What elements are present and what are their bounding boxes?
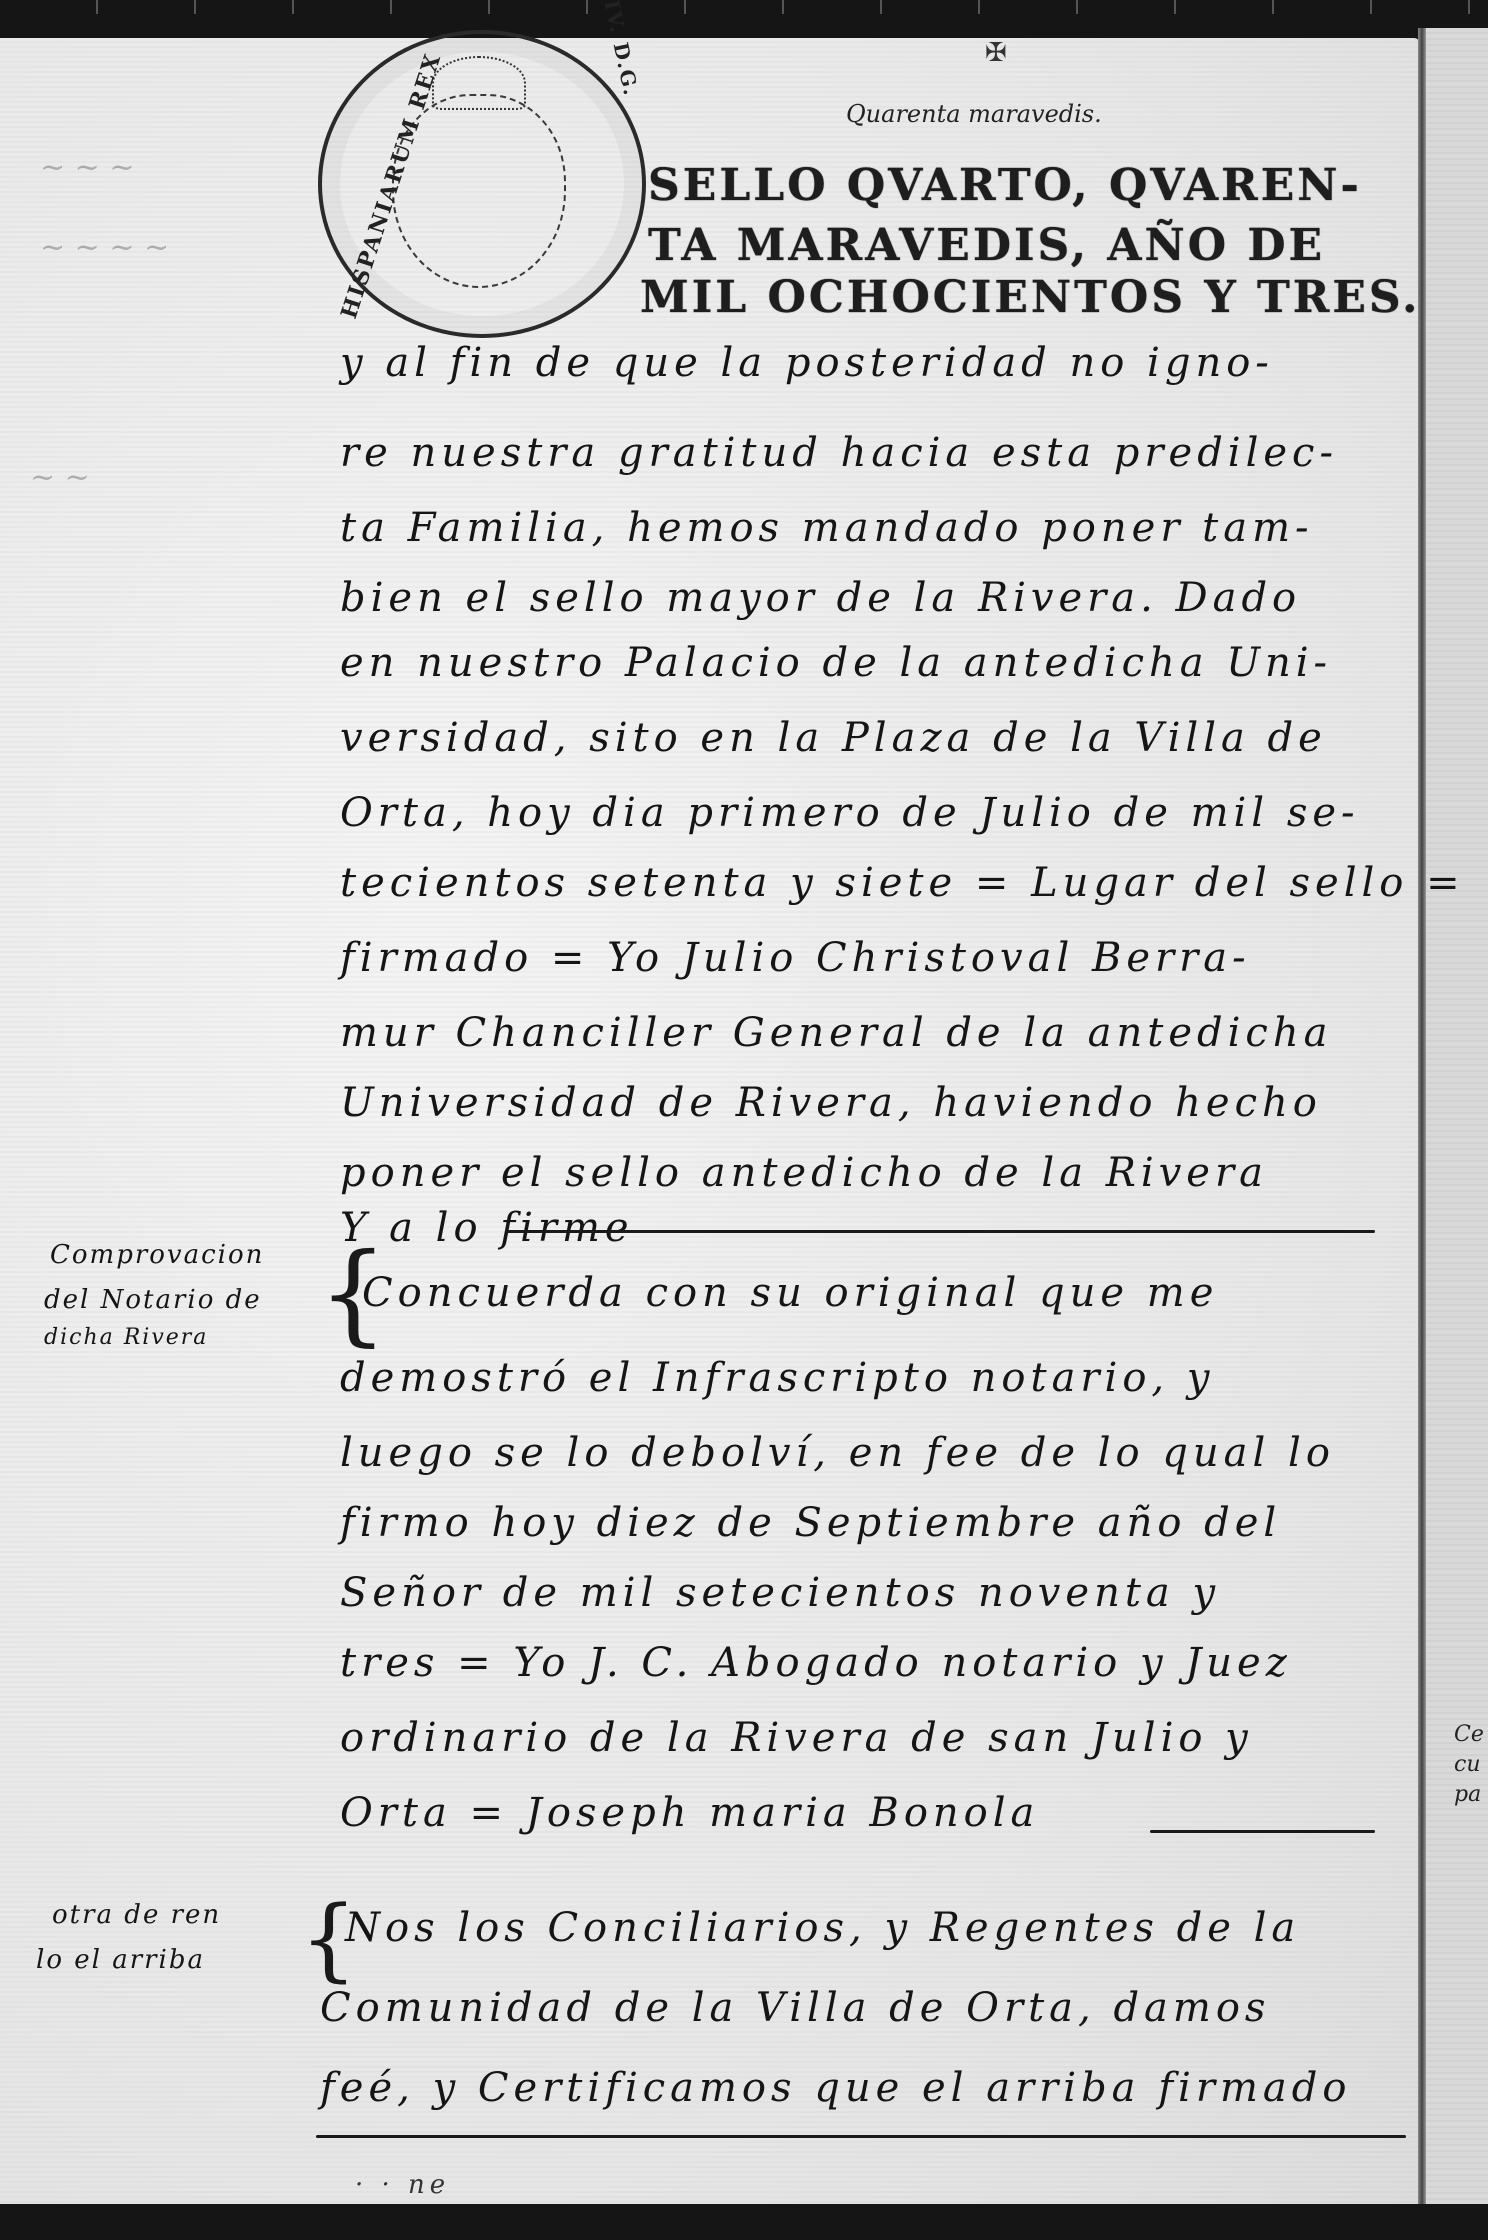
body-line: versidad, sito en la Plaza de la Villa d… (340, 715, 1327, 761)
stamp-line-3: MIL OCHOCIENTOS Y TRES. (640, 272, 1420, 323)
body-line: re nuestra gratitud hacia esta predilec- (340, 430, 1338, 476)
margin-note-line: dicha Rivera (44, 1325, 208, 1350)
stamp-line-1: SELLO QVARTO, QVAREN- (648, 160, 1362, 211)
bleed-through-text: ~ ~ ~ ~ (40, 230, 169, 265)
body-line: ta Familia, hemos mandado poner tam- (340, 505, 1314, 551)
body-line: Señor de mil setecientos noventa y (340, 1570, 1220, 1616)
body-line: Universidad de Rivera, haviendo hecho (340, 1080, 1322, 1126)
adjacent-page-edge (1426, 28, 1488, 2218)
body-line: poner el sello antedicho de la Rivera (340, 1150, 1268, 1196)
bleed-through-text: ~ ~ (30, 460, 90, 495)
body-line: feé, y Certificamos que el arriba firmad… (320, 2065, 1351, 2111)
scanner-background-bottom (0, 2204, 1488, 2240)
body-line: bien el sello mayor de la Rivera. Dado (340, 575, 1301, 621)
margin-note-line: lo el arriba (36, 1945, 205, 1975)
body-line: tres = Yo J. C. Abogado notario y Juez (340, 1640, 1292, 1686)
body-line: ordinario de la Rivera de san Julio y (340, 1715, 1253, 1761)
body-line: firmado = Yo Julio Christoval Berra- (340, 935, 1251, 981)
royal-seal: HISPANIARUM REX CAROLUS IV. D.G. (318, 30, 646, 338)
adjacent-page-text: Ce (1454, 1722, 1484, 1747)
bottom-rule (316, 2135, 1406, 2138)
margin-note-line: Comprovacion (50, 1240, 264, 1270)
body-line: luego se lo debolví, en fee de lo qual l… (340, 1430, 1335, 1476)
bleed-through-text: ~ ~ ~ (40, 150, 134, 185)
margin-note-line: del Notario de (44, 1285, 262, 1315)
scanner-background-top (0, 0, 1488, 40)
body-line: tecientos setenta y siete = Lugar del se… (340, 860, 1465, 906)
adjacent-page-text: cu (1454, 1752, 1481, 1777)
body-line: Nos los Conciliarios, y Regentes de la (345, 1905, 1300, 1951)
closing-rule (505, 1230, 1375, 1233)
body-line: y al fin de que la posteridad no igno- (340, 340, 1274, 386)
margin-note-line: otra de ren (52, 1900, 221, 1930)
stamp-value-heading: Quarenta maravedis. (846, 100, 1102, 128)
adjacent-page-text: pa (1454, 1782, 1481, 1807)
signature-rule (1150, 1830, 1375, 1833)
stamp-line-2: TA MARAVEDIS, AÑO DE (648, 220, 1325, 271)
body-line: en nuestro Palacio de la antedicha Uni- (340, 640, 1332, 686)
body-line: firmo hoy diez de Septiembre año del (340, 1500, 1281, 1546)
body-line: mur Chanciller General de la antedicha (340, 1010, 1332, 1056)
book-gutter (1418, 28, 1426, 2228)
cross-icon: ✠ (985, 38, 1007, 68)
body-line: Orta, hoy dia primero de Julio de mil se… (340, 790, 1360, 836)
footer-fragment: · · ne (355, 2170, 450, 2200)
body-line: Orta = Joseph maria Bonola (340, 1790, 1039, 1836)
body-line: demostró el Infrascripto notario, y (340, 1355, 1214, 1401)
body-line: Comunidad de la Villa de Orta, damos (320, 1985, 1270, 2031)
body-line: Concuerda con su original que me (362, 1270, 1218, 1316)
